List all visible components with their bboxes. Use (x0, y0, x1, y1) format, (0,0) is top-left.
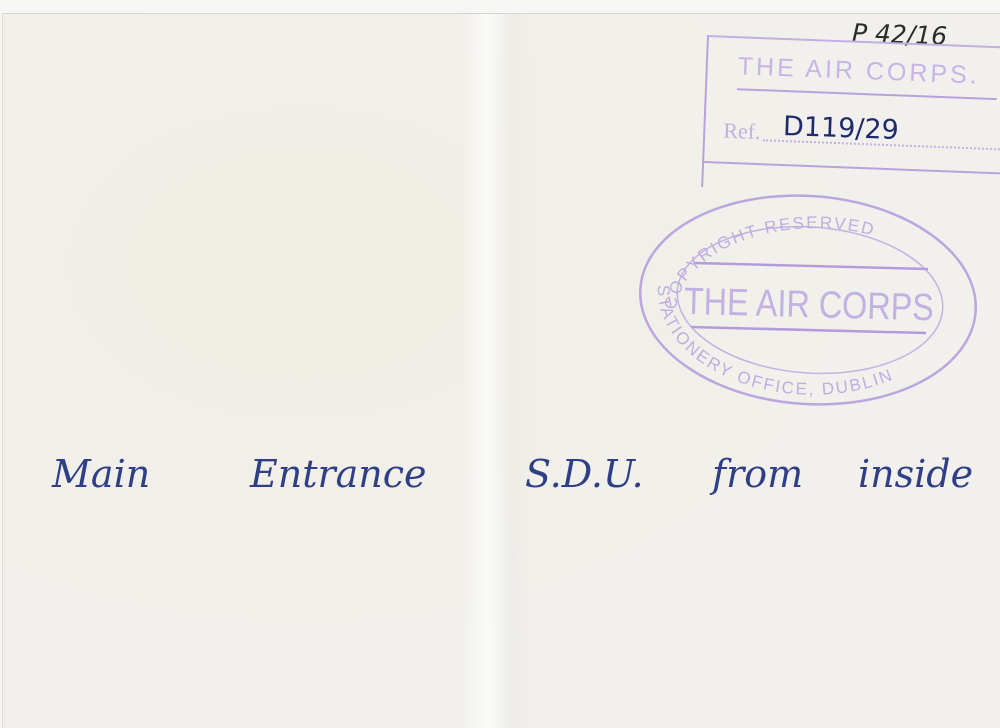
stamp-ref-label: Ref. (723, 118, 761, 145)
caption-word-entrance: Entrance (250, 452, 427, 496)
oval-center-text: THE AIR CORPS (683, 281, 934, 330)
copyright-oval-stamp: COPYRIGHT RESERVED STATIONERY OFFICE, DU… (636, 190, 986, 415)
caption-word-main: Main (52, 452, 150, 496)
stamp-rule (737, 88, 997, 100)
stamp-title: THE AIR CORPS. (737, 52, 980, 90)
stamp-bottom-rule (704, 161, 1000, 175)
caption-word-from: from (712, 452, 803, 496)
caption-word-sdu: S.D.U. (525, 452, 644, 496)
ref-number-handwritten: D119/29 (782, 111, 899, 146)
oval-stamp-icon: COPYRIGHT RESERVED STATIONERY OFFICE, DU… (636, 190, 986, 415)
caption-word-inside: inside (858, 452, 973, 496)
